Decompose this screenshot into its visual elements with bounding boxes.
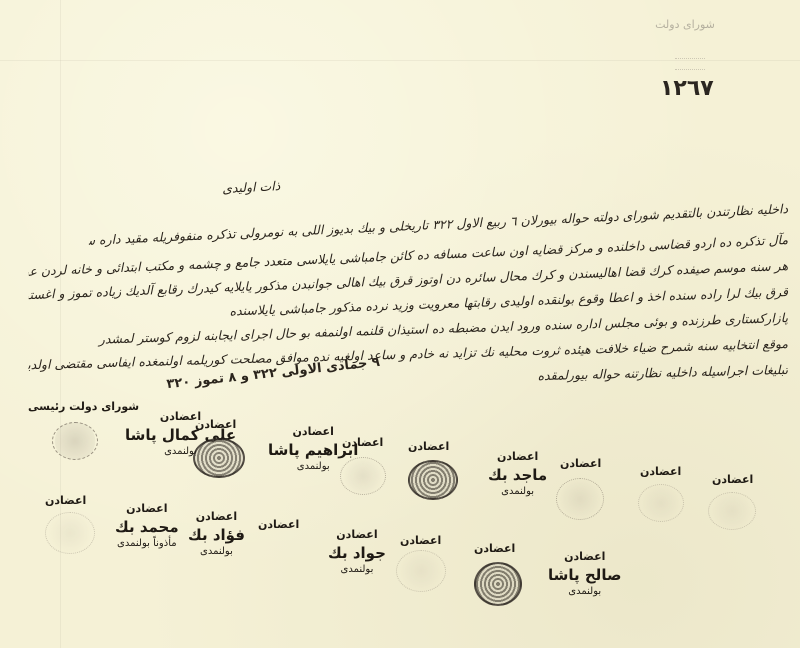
- seal-icon: [193, 438, 245, 478]
- signature-member: اعضادن: [408, 440, 449, 453]
- signature-member: اعضادن محمد بك مأذوناً بولنمدی: [115, 502, 179, 549]
- header-stamp: شورای دولت: [655, 18, 715, 46]
- signature-member: اعضادن: [400, 534, 441, 547]
- seal-icon: [340, 457, 386, 495]
- signature-member: اعضادن: [474, 542, 515, 555]
- seal-icon: [638, 484, 684, 522]
- signature-member: اعضادن: [342, 436, 383, 449]
- seal-icon: [396, 550, 446, 592]
- seal-icon: [52, 422, 98, 460]
- signature-member: اعضادن صالح پاشا بولنمدی: [548, 550, 621, 597]
- seal-icon: [708, 492, 756, 530]
- signature-member: اعضادن: [560, 457, 601, 470]
- signature-member: اعضادن فؤاد بك بولنمدی: [188, 510, 245, 557]
- signature-member: اعضادن: [640, 465, 681, 478]
- header-stamp-mark: [675, 58, 705, 70]
- document-page: شورای دولت ١٢٦٧ ذات اوليدی داخليه نظارتن…: [0, 0, 800, 648]
- signature-member: اعضادن: [45, 494, 86, 507]
- signature-role: شورای دولت رئيسی: [28, 400, 139, 413]
- signature-president: شورای دولت رئيسی: [28, 400, 139, 413]
- signature-member: اعضادن: [258, 518, 299, 531]
- seal-icon: [408, 460, 458, 500]
- seal-icon: [556, 478, 604, 520]
- body-line: ذات اوليدی: [221, 178, 280, 196]
- signature-member: اعضادن: [712, 473, 753, 486]
- signature-member: اعضادن ماجد بك بولنمدی: [488, 450, 547, 497]
- signature-member: اعضادن: [195, 418, 236, 431]
- seal-icon: [45, 512, 95, 554]
- document-number: ١٢٦٧: [660, 76, 714, 101]
- seal-icon: [474, 562, 522, 606]
- signature-member: اعضادن جواد بك بولنمدی: [328, 528, 386, 575]
